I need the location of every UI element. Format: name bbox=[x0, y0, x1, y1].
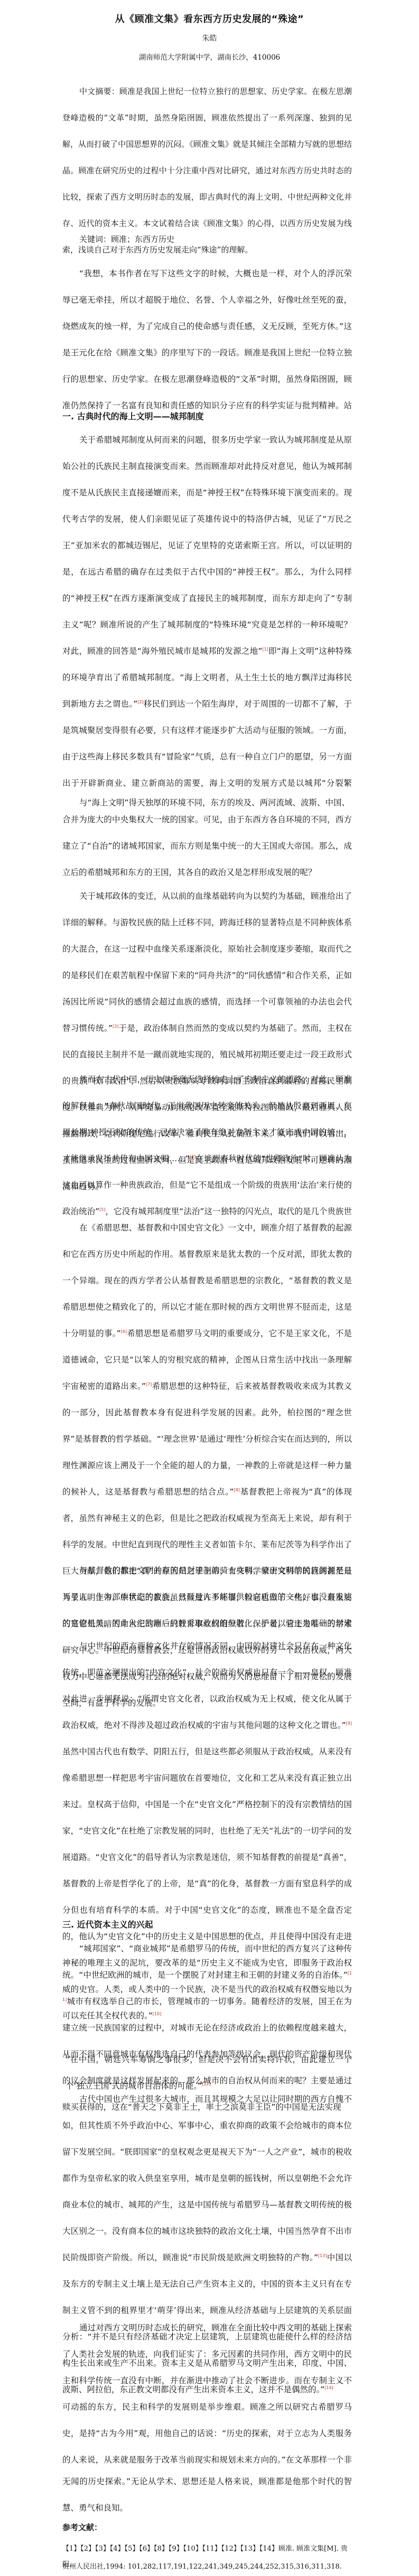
citation-marker[interactable]: [9] bbox=[346, 1721, 352, 1726]
citation-marker[interactable]: [7] bbox=[146, 1382, 152, 1387]
section-heading-3: 三. 近代资本主义的兴起 bbox=[62, 1917, 153, 1933]
section-1-paragraph-1: 关于希腊城邦制度从何而来的问题，很多历史学家一致认为城邦制度是从原始公社的氏族民… bbox=[62, 427, 352, 795]
author-name: 朱皓 bbox=[0, 33, 419, 43]
paper-title: 从《顾准文集》看东西方历史发展的“殊途” bbox=[0, 12, 419, 25]
references-title: 参考文献： bbox=[62, 2522, 102, 2533]
section-3-paragraph-3: 通过对西方文明历时态成长的研究，顾准在全面比较中西文明的基础上探索了人类社会发展… bbox=[62, 2315, 352, 2473]
intro-paragraph: “我想，本书作者在写下这些文字的时候，大概也是一样，对个人的浮沉荣辱已毫无牵挂，… bbox=[62, 260, 352, 418]
citation-marker[interactable]: [13] bbox=[318, 2253, 327, 2258]
citation-marker[interactable]: [11] bbox=[62, 1971, 352, 2002]
abstract: 中文摘要：顾准是我国上世纪一位特立独行的思想家、历史学家。在极左思潮登峰造极的“… bbox=[62, 78, 352, 210]
section-1-paragraph-3: 合并为庞大的中央集权大一统的国家。可见，由于东西方各自环境的不同，西方建立了“自… bbox=[62, 806, 352, 886]
section-2-paragraph-2: 与基督教的教士文明并存的是封建制的骑士文明，骑士文明的民族渊源是日耳曼人。作为部… bbox=[62, 1557, 352, 1638]
section-3-paragraph-4: 无闻的历史探索。”无论从学术、思想还是人格来说，顾准都是他那个时代的智慧、勇气和… bbox=[62, 2468, 352, 2521]
citation-marker[interactable]: [4] bbox=[190, 1154, 195, 1159]
citation-marker[interactable]: [2] bbox=[137, 700, 143, 704]
citation-marker[interactable]: [5] bbox=[99, 1207, 105, 1212]
citation-marker[interactable]: [6] bbox=[121, 1329, 127, 1334]
author-affiliation: 湖南师范大学附属中学，湖南长沙，410006 bbox=[0, 51, 419, 62]
citation-marker[interactable]: [1] bbox=[262, 647, 268, 652]
keywords: 关键词：顾准；东西方历史 bbox=[62, 226, 352, 252]
citation-marker[interactable]: [8] bbox=[234, 1488, 240, 1492]
citation-marker[interactable]: [3] bbox=[113, 1024, 118, 1029]
section-1-paragraph-5: 然而在古代中国，历史似乎毫无选择地走上了专制主义的道路，对此，顾准的解释是：“春… bbox=[62, 1066, 352, 1225]
reference-line-2: 贵州人民出社,1994: 101,282,117,191,122,241,349… bbox=[62, 2559, 352, 2575]
section-heading-1: 一. 古典时代的海上文明——城邦制度 bbox=[62, 409, 204, 425]
